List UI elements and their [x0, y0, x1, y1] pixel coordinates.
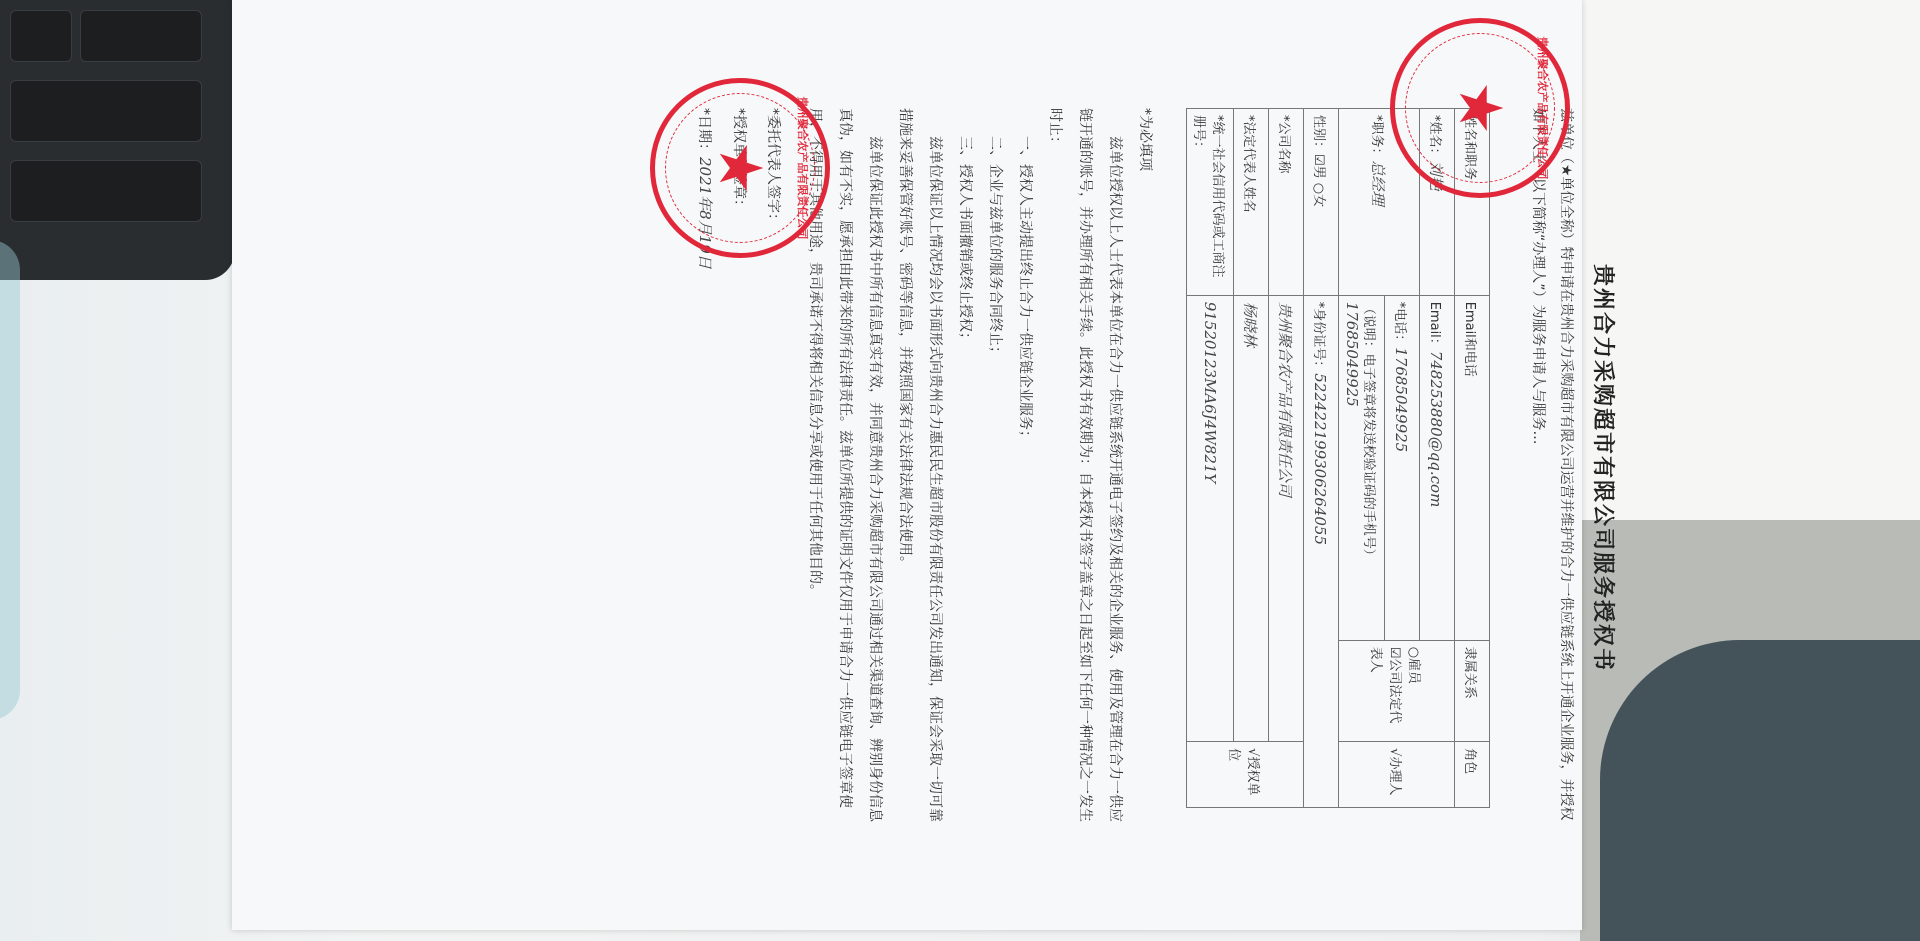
email-label: Email：	[1428, 302, 1443, 351]
gender-label: 性别：	[1312, 115, 1327, 154]
intro-paragraph: 兹单位（★单位全称）特申请在贵州合力采购超市有限公司运营并维护的合力一供应链系统…	[1524, 108, 1580, 828]
document-title: 贵州合力采购超市有限公司服务授权书	[1589, 78, 1620, 858]
company-seal-stamp: 贵州聚合农产品有限责任公司 ★	[1390, 18, 1570, 198]
notes-section: *为必填项 兹单位授权以上人士代表本单位在合力一供应链系统开通电子签约及相关的企…	[800, 108, 1160, 828]
credit-code-label-cell: *统一社会信用代码或工商注册号：	[1187, 109, 1234, 296]
table-row: 性别：☑男 ○女 *身份证号：522422199306264055	[1304, 109, 1339, 808]
header-relation: 隶属关系	[1455, 640, 1490, 741]
relation-employee: ○雇员	[1406, 647, 1425, 735]
gender-cell: 性别：☑男 ○女	[1304, 109, 1339, 296]
relation-cell: ○雇员☑公司法定代表人	[1339, 640, 1455, 741]
id-value: 522422199306264055	[1312, 373, 1330, 545]
notes-item: 二、企业与兹单位的服务合同终止；	[980, 108, 1010, 828]
email-value: 748253880@qq.com	[1428, 351, 1446, 508]
phone-value: 17685049925	[1393, 347, 1411, 452]
header-email-phone: Email和电话	[1455, 295, 1490, 640]
keyboard-key	[10, 160, 202, 222]
sms-phone-cell: （说明：电子签章将发送校验证码的手机号）17685049925	[1339, 295, 1385, 640]
keyboard-key	[10, 80, 202, 142]
keyboard-key	[10, 10, 72, 62]
table-row: *公司名称 贵州聚合农产品有限责任公司 √授权单位	[1269, 109, 1304, 808]
role-cell-agent: √办理人	[1339, 742, 1455, 808]
phone-cell: *电话：17685049925	[1385, 295, 1420, 640]
document-page: 贵州合力采购超市有限公司服务授权书 兹单位（★单位全称）特申请在贵州合力采购超市…	[490, 78, 1570, 858]
company-label-cell: *公司名称	[1269, 109, 1304, 296]
table-row: *法定代表人姓名 杨晓林	[1234, 109, 1269, 808]
credit-code-value-cell: 91520123MA6J4W821Y	[1187, 295, 1234, 741]
document-sheet: 贵州合力采购超市有限公司服务授权书 兹单位（★单位全称）特申请在贵州合力采购超市…	[232, 0, 1582, 930]
star-icon: ★	[1450, 81, 1510, 135]
star-icon: ★	[710, 141, 770, 195]
notes-heading: *为必填项	[1130, 108, 1160, 828]
legal-rep-label-cell: *法定代表人姓名	[1234, 109, 1269, 296]
seal-text: 贵州聚合农产品有限责任公司	[1535, 23, 1551, 193]
sms-phone-value: 17685049925	[1343, 302, 1361, 407]
seal-text: 贵州聚合农产品有限责任公司	[795, 83, 811, 253]
relation-legal-rep: ☑公司法定代表人	[1368, 647, 1406, 735]
glass-object	[0, 240, 20, 720]
notes-paragraph: 兹单位保证以上情况均会以书面形式向贵州合力惠民民生超市股份有限责任公司发出通知，…	[890, 108, 950, 828]
table-row: *统一社会信用代码或工商注册号： 91520123MA6J4W821Y	[1187, 109, 1234, 808]
company-value-cell: 贵州聚合农产品有限责任公司	[1269, 295, 1304, 741]
authorization-form-table: 姓名和职务 Email和电话 隶属关系 角色 *姓名：刘艳 Email：7482…	[1186, 108, 1490, 808]
sms-phone-label: （说明：电子签章将发送校验证码的手机号）	[1361, 302, 1376, 562]
person-leg	[1600, 640, 1920, 941]
notes-item: 一、授权人主动提出终止合力一供应链企业服务；	[1010, 108, 1040, 828]
notes-item: 三、授权人书面撤销或终止授权；	[950, 108, 980, 828]
title-value: 总经理	[1370, 161, 1388, 206]
email-cell: Email：748253880@qq.com	[1420, 295, 1455, 640]
title-label: *职务：	[1370, 115, 1385, 161]
keyboard	[0, 0, 235, 280]
role-cell-authorizer: √授权单位	[1187, 742, 1304, 808]
gender-value: ☑男 ○女	[1312, 154, 1327, 207]
table-row: *姓名：刘艳 Email：748253880@qq.com ○雇员☑公司法定代表…	[1420, 109, 1455, 808]
id-cell: *身份证号：522422199306264055	[1304, 295, 1339, 807]
header-role: 角色	[1455, 742, 1490, 808]
id-label: *身份证号：	[1312, 302, 1327, 374]
company-seal-stamp: 贵州聚合农产品有限责任公司 ★	[650, 78, 830, 258]
phone-label: *电话：	[1393, 302, 1408, 348]
legal-rep-value-cell: 杨晓林	[1234, 295, 1269, 741]
notes-paragraph: 兹单位授权以上人士代表本单位在合力一供应链系统开通电子签约及相关的企业服务、使用…	[1040, 108, 1130, 828]
table-header-row: 姓名和职务 Email和电话 隶属关系 角色	[1455, 109, 1490, 808]
keyboard-key	[80, 10, 202, 62]
